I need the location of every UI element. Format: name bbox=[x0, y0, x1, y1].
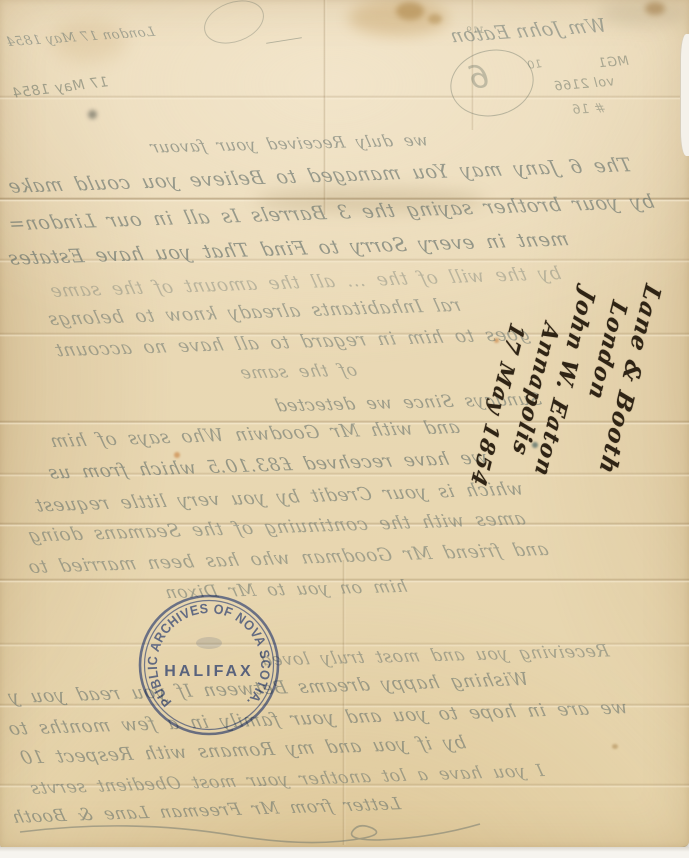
pencil-annotation: MG1 bbox=[596, 54, 631, 71]
pencil-dash bbox=[266, 37, 302, 44]
pencil-circle bbox=[198, 0, 270, 51]
bleedthrough-line: by the will of the ... all the amount of… bbox=[48, 263, 564, 302]
letter-paper: we duly Received your favourThe 6 Jany m… bbox=[0, 0, 689, 848]
svg-text:PUBLIC ARCHIVES OF NOVA SCOTIA: PUBLIC ARCHIVES OF NOVA SCOTIA. bbox=[145, 601, 273, 710]
stain bbox=[88, 110, 97, 119]
pencil-annotation: 119 bbox=[465, 26, 485, 36]
archive-stamp: PUBLIC ARCHIVES OF NOVA SCOTIA. HALIFAX bbox=[134, 590, 284, 740]
fold-crease-horizontal bbox=[0, 95, 689, 100]
torn-edge bbox=[680, 34, 689, 156]
stain bbox=[428, 14, 442, 24]
stamp-ring-text: PUBLIC ARCHIVES OF NOVA SCOTIA. bbox=[145, 601, 273, 710]
bleedthrough-line: goes to him in regard to all have no acc… bbox=[53, 324, 533, 361]
bleedthrough-line: we have recehved £83.10.5 which from us bbox=[46, 447, 490, 483]
bleedthrough-line: of the same bbox=[238, 361, 360, 384]
bleedthrough-line: ment in every Sorry to Find That you hav… bbox=[5, 228, 570, 269]
stain bbox=[612, 744, 618, 749]
stamp-center-text: HALIFAX bbox=[164, 663, 253, 680]
stain bbox=[396, 2, 424, 20]
bleedthrough-line: I you have a lot another your most Obedi… bbox=[28, 761, 546, 799]
pencil-annotation: vol 2166 bbox=[552, 75, 616, 95]
stain bbox=[598, 0, 689, 26]
pencil-annotation: # 16 bbox=[570, 101, 607, 118]
bleedthrough-line: ral Inhabitants already know to belongs bbox=[46, 295, 463, 330]
bleedthrough-line: we duly Received your favour bbox=[148, 130, 430, 156]
scanned-letter-page: we duly Received your favourThe 6 Jany m… bbox=[0, 0, 689, 858]
stamp-crown-smudge bbox=[196, 637, 222, 649]
scanner-background bbox=[0, 847, 689, 858]
signature-flourish bbox=[12, 812, 492, 852]
bleedthrough-line: and friend Mr Goodman who has been marri… bbox=[26, 539, 551, 578]
pencil-circle bbox=[444, 42, 540, 124]
stain bbox=[645, 2, 665, 15]
